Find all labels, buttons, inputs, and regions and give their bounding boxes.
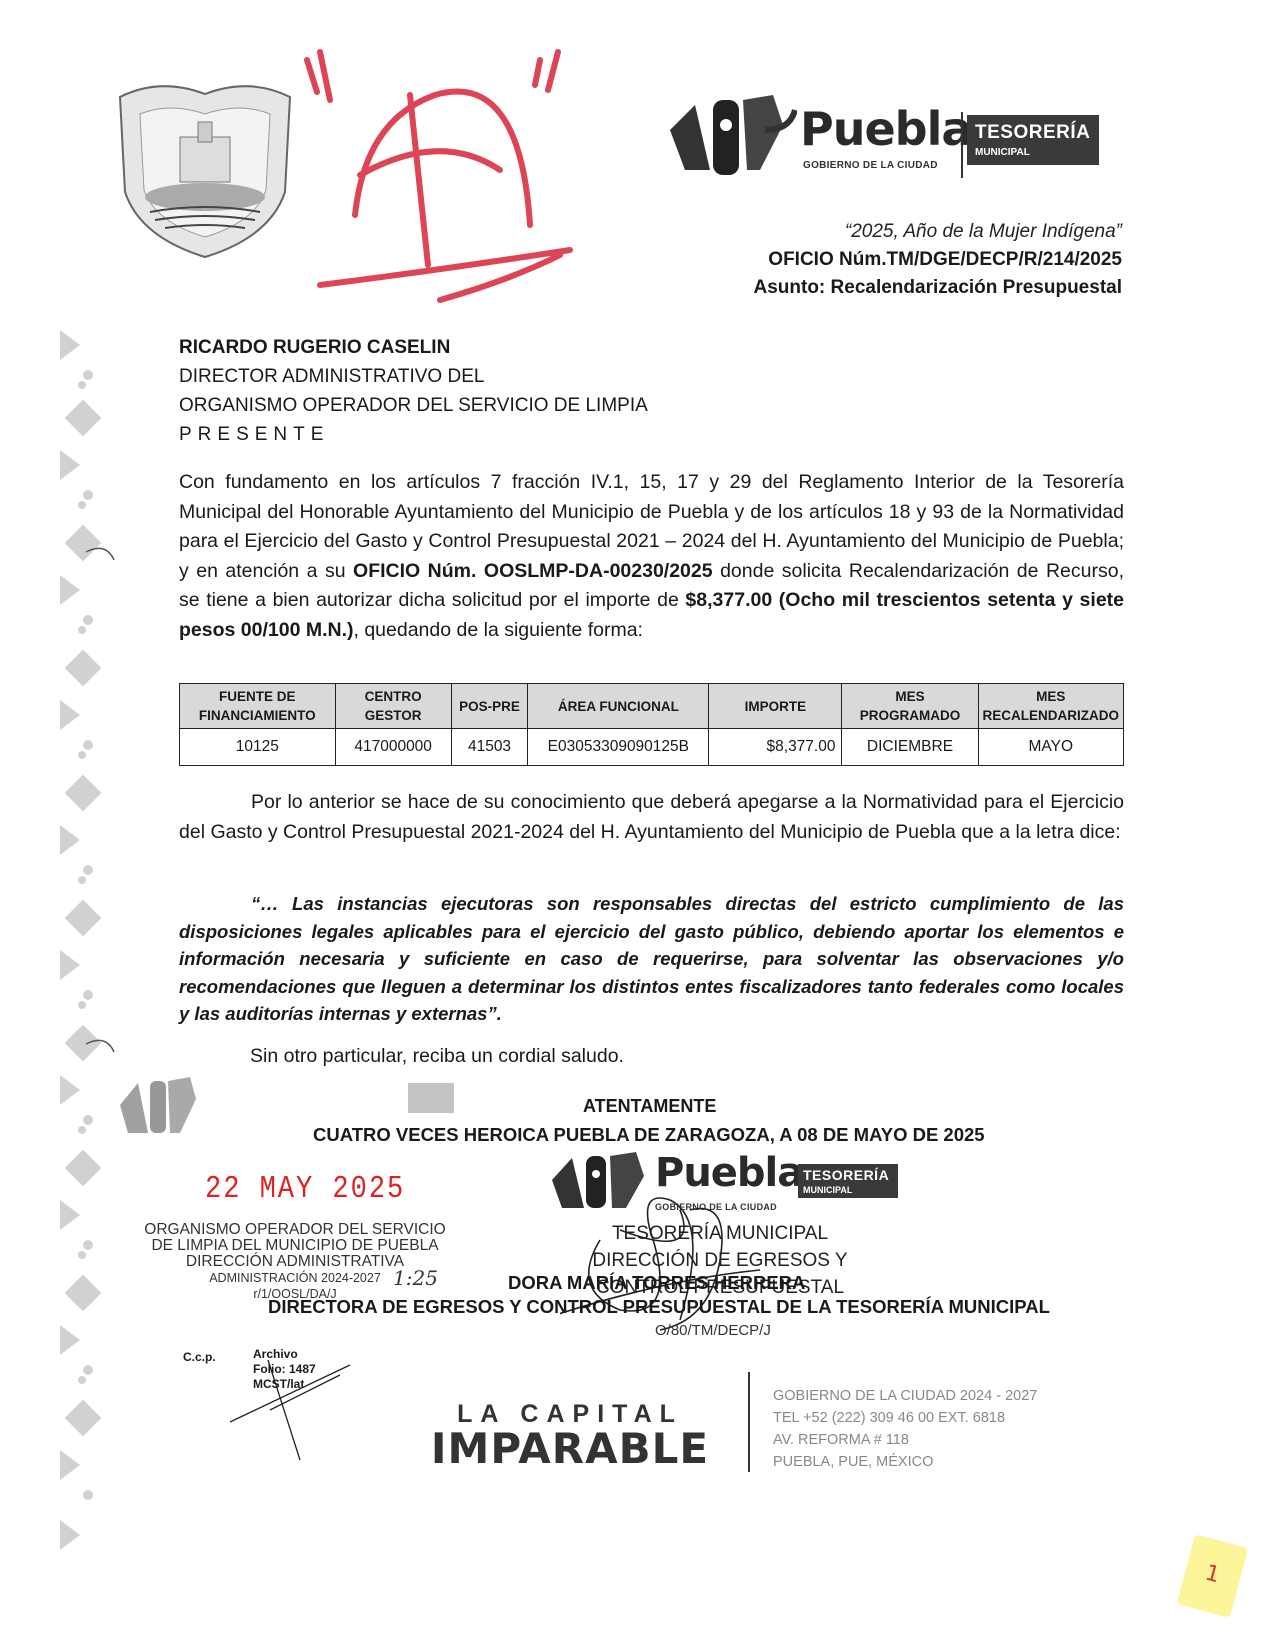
subject-line: Asunto: Recalendarización Presupuestal [754, 274, 1123, 302]
puebla-tesoreria-logo: Puebla GOBIERNO DE LA CIUDAD TESORERÍA M… [665, 90, 1105, 180]
faded-badge [408, 1083, 454, 1113]
year-motto: “2025, Año de la Mujer Indígena” [754, 218, 1123, 246]
footer-divider [748, 1372, 750, 1472]
cell-mes-recalendarizado: MAYO [978, 729, 1124, 766]
cell-pos-pre: 41503 [451, 729, 528, 766]
cell-mes-programado: DICIEMBRE [842, 729, 978, 766]
p1-text-c: , quedando de la siguiente forma: [354, 619, 643, 641]
cell-centro-gestor: 417000000 [335, 729, 451, 766]
recipient-title-2: ORGANISMO OPERADOR DEL SERVICIO DE LIMPI… [179, 391, 648, 420]
logo-wordmark: Puebla [800, 102, 971, 156]
tesoreria-badge: TESORERÍA MUNICIPAL [967, 115, 1099, 165]
red-scribble-icon [290, 40, 580, 310]
col-importe: IMPORTE [709, 684, 842, 729]
page-number-mark: 1 [1202, 1561, 1222, 1589]
col-fuente: FUENTE DE FINANCIAMIENTO [180, 684, 336, 729]
atentamente-label: ATENTAMENTE [583, 1096, 716, 1117]
city-emblem-icon [118, 1075, 198, 1135]
recipient-block: RICARDO RUGERIO CASELIN DIRECTOR ADMINIS… [179, 333, 648, 449]
col-mes-recalendarizado: MES RECALENDARIZADO [978, 684, 1124, 729]
col-centro-gestor: CENTRO GESTOR [335, 684, 451, 729]
signer-name: DORA MARÍA TORRES HERRERA [508, 1272, 805, 1294]
recipient-name: RICARDO RUGERIO CASELIN [179, 333, 648, 362]
regulation-quote: “… Las instancias ejecutoras son respons… [179, 890, 1124, 1028]
recalendarization-table: FUENTE DE FINANCIAMIENTO CENTRO GESTOR P… [179, 683, 1124, 766]
footer-address: AV. REFORMA # 118 [773, 1429, 1037, 1451]
table-header-row: FUENTE DE FINANCIAMIENTO CENTRO GESTOR P… [180, 684, 1124, 729]
handwritten-time: 1:25 [393, 1266, 438, 1290]
receipt-stamp: ORGANISMO OPERADOR DEL SERVICIO DE LIMPI… [130, 1222, 460, 1302]
footer-city: PUEBLA, PUE, MÉXICO [773, 1451, 1037, 1473]
receipt-line-2: DE LIMPIA DEL MUNICIPIO DE PUEBLA [130, 1238, 460, 1254]
city-emblem-icon [665, 90, 797, 180]
body-paragraph-2: Por lo anterior se hace de su conocimien… [179, 788, 1124, 847]
recipient-title-1: DIRECTOR ADMINISTRATIVO DEL [179, 362, 648, 391]
logo-divider [961, 112, 963, 178]
footer-slogan: LA CAPITAL IMPARABLE [420, 1400, 720, 1469]
sticky-note: 1 [1177, 1534, 1249, 1618]
cell-area-funcional: E03053309090125B [528, 729, 709, 766]
handwritten-mark [290, 40, 580, 310]
oficio-number: OFICIO Núm.TM/DGE/DECP/R/214/2025 [754, 246, 1123, 274]
received-date-stamp: 22 MAY 2025 [205, 1173, 405, 1208]
municipal-crest-logo [110, 72, 300, 262]
referenced-oficio: OFICIO Núm. OOSLMP-DA-00230/2025 [353, 560, 713, 582]
margin-decoration [56, 320, 116, 1560]
footer-government: GOBIERNO DE LA CIUDAD 2024 - 2027 [773, 1385, 1037, 1407]
scribble-icon [230, 1360, 380, 1470]
ccp-label: C.c.p. [183, 1350, 216, 1364]
badge-subtitle: MUNICIPAL [975, 147, 1030, 158]
ornament-icon [56, 320, 116, 1560]
closing-line: Sin otro particular, reciba un cordial s… [250, 1045, 624, 1068]
logo-subtitle: GOBIERNO DE LA CIUDAD [803, 160, 938, 171]
footer-phone: TEL +52 (222) 309 46 00 EXT. 6818 [773, 1407, 1037, 1429]
col-pos-pre: POS-PRE [451, 684, 528, 729]
document-heading: “2025, Año de la Mujer Indígena” OFICIO … [754, 218, 1123, 302]
initials-scribble [230, 1360, 380, 1470]
cell-importe: $8,377.00 [709, 729, 842, 766]
col-mes-programado: MES PROGRAMADO [842, 684, 978, 729]
body-paragraph-1: Con fundamento en los artículos 7 fracci… [179, 468, 1124, 645]
receipt-line-1: ORGANISMO OPERADOR DEL SERVICIO [130, 1222, 460, 1238]
shield-icon [110, 72, 300, 262]
cell-fuente: 10125 [180, 729, 336, 766]
footer-contact-info: GOBIERNO DE LA CIUDAD 2024 - 2027 TEL +5… [773, 1385, 1037, 1473]
reference-code: O/80/TM/DECP/J [655, 1322, 771, 1339]
table-row: 10125 417000000 41503 E03053309090125B $… [180, 729, 1124, 766]
col-area-funcional: ÁREA FUNCIONAL [528, 684, 709, 729]
slogan-bottom: IMPARABLE [420, 1429, 720, 1469]
badge-title: TESORERÍA [975, 122, 1090, 144]
place-and-date: CUATRO VECES HEROICA PUEBLA DE ZARAGOZA,… [313, 1124, 985, 1146]
presente-label: PRESENTE [179, 420, 648, 449]
